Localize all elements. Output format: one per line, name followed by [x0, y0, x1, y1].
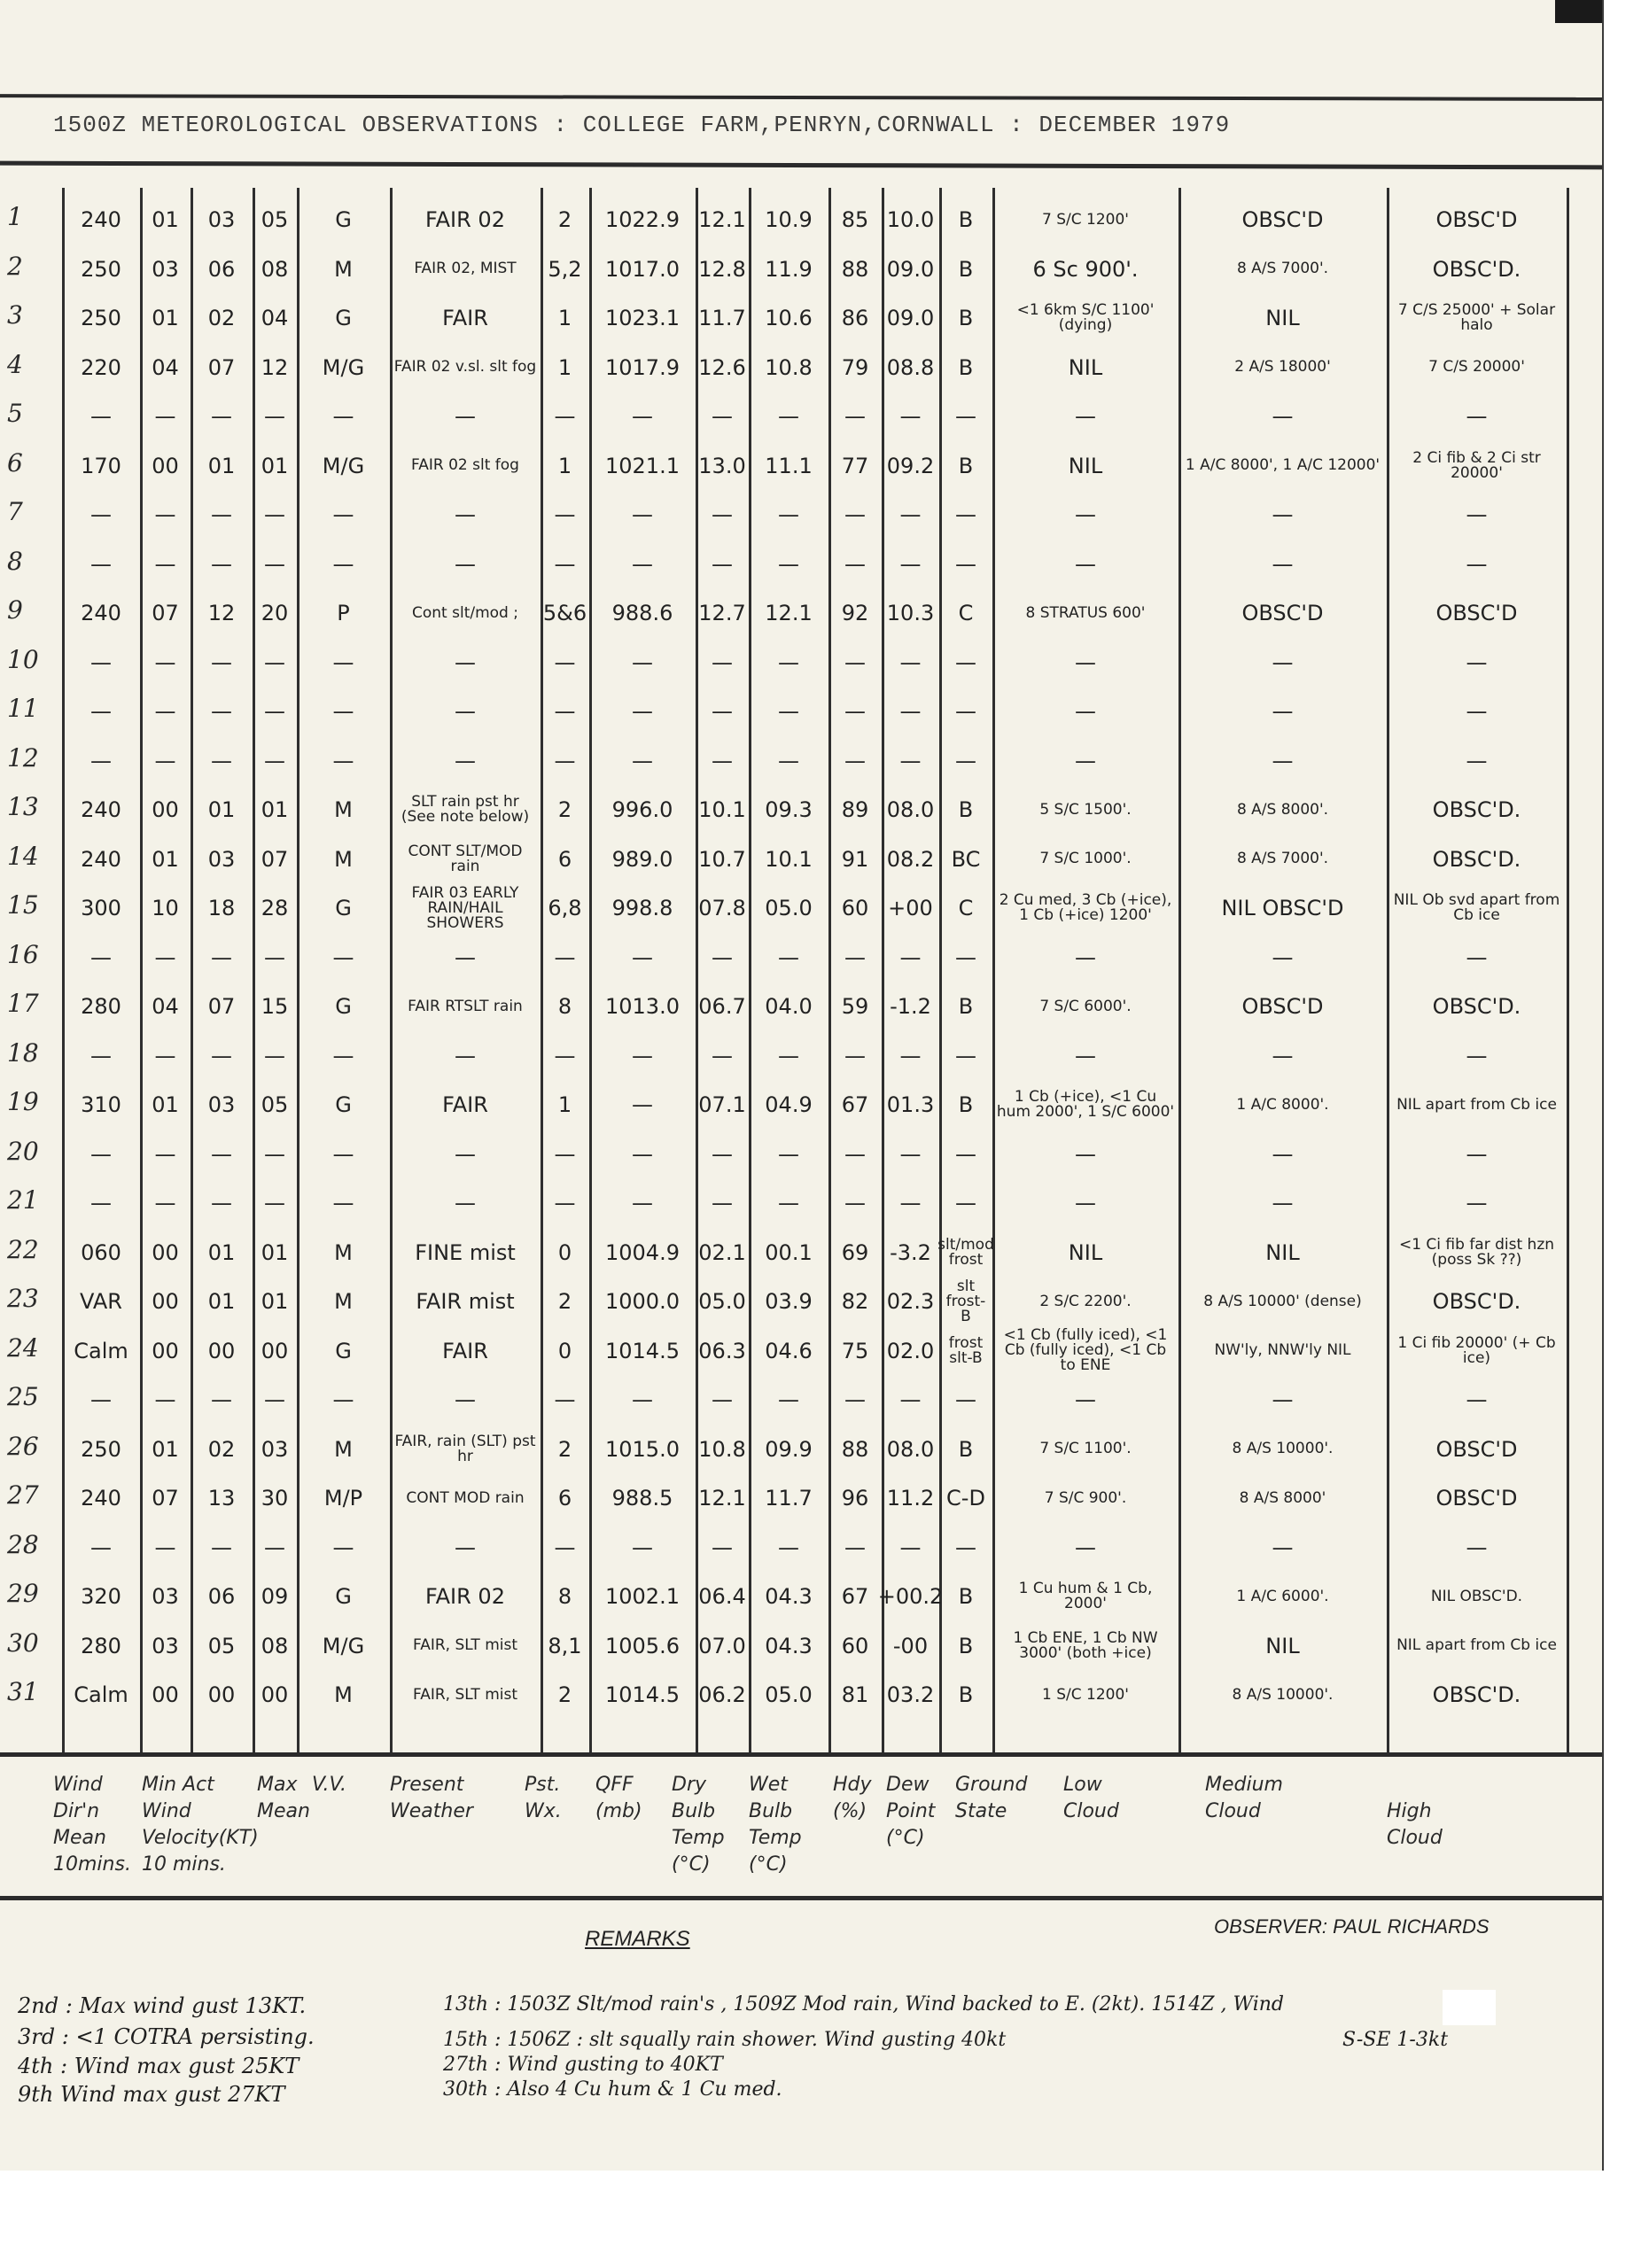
cell-hdy: —	[832, 393, 878, 439]
cell-pst-wx: 1	[544, 1082, 586, 1128]
cell-high-cloud: —	[1390, 1033, 1563, 1079]
cell-dew-point: 01.3	[885, 1082, 936, 1128]
cell-act-wind: 05	[194, 1623, 249, 1669]
cell-ground-state: —	[943, 640, 989, 686]
cell-min-wind: 04	[144, 983, 187, 1029]
cell-wind-dir: VAR	[66, 1278, 136, 1324]
cell-min-wind: 03	[144, 246, 187, 292]
cell-min-wind: 04	[144, 345, 187, 391]
table-row: 22060000101MFINE mist01004.902.100.169-3…	[0, 1230, 1602, 1276]
cell-medium-cloud: —	[1182, 640, 1383, 686]
cell-hdy: —	[832, 1377, 878, 1423]
remark-left: 3rd : <1 COTRA persisting.	[18, 2024, 315, 2049]
cell-vv: G	[300, 1082, 386, 1128]
day-number: 10	[7, 645, 39, 674]
cell-vv: M	[300, 1672, 386, 1718]
header-present-weather: PresentWeather	[390, 1772, 473, 1825]
cell-dew-point: 08.0	[885, 787, 936, 833]
cell-dry-bulb: 06.2	[699, 1672, 745, 1718]
cell-medium-cloud: NW'ly, NNW'ly NIL	[1182, 1328, 1383, 1374]
cell-ground-state: B	[943, 1672, 989, 1718]
cell-wet-bulb: 09.3	[752, 787, 825, 833]
cell-high-cloud: 7 C/S 25000' + Solar halo	[1390, 295, 1563, 341]
cell-present-weather: SLT rain pst hr (See note below)	[393, 787, 537, 833]
cell-dry-bulb: —	[699, 393, 745, 439]
cell-max-wind: —	[256, 1377, 293, 1423]
cell-vv: P	[300, 590, 386, 636]
cell-medium-cloud: NIL	[1182, 1623, 1383, 1669]
cell-act-wind: 18	[194, 885, 249, 931]
header-low-cloud: LowCloud	[1063, 1772, 1119, 1825]
cell-high-cloud: OBSC'D	[1390, 1475, 1563, 1521]
cell-high-cloud: NIL apart from Cb ice	[1390, 1623, 1563, 1669]
cell-present-weather: FAIR	[393, 1082, 537, 1128]
header-hdy: Hdy(%)	[833, 1772, 872, 1825]
table-row: 2250030608MFAIR 02, MIST5,21017.012.811.…	[0, 246, 1602, 292]
cell-wind-dir: —	[66, 1525, 136, 1571]
cell-pst-wx: 6	[544, 836, 586, 882]
cell-low-cloud: <1 6km S/C 1100' (dying)	[996, 295, 1175, 341]
cell-max-wind: 07	[256, 836, 293, 882]
cell-hdy: 60	[832, 885, 878, 931]
cell-vv: M	[300, 1230, 386, 1276]
cell-medium-cloud: NIL OBSC'D	[1182, 885, 1383, 931]
cell-min-wind: —	[144, 492, 187, 538]
cell-max-wind: 04	[256, 295, 293, 341]
table-row: 23VAR000101MFAIR mist21000.005.003.98202…	[0, 1278, 1602, 1324]
cell-pst-wx: —	[544, 640, 586, 686]
cell-low-cloud: 2 Cu med, 3 Cb (+ice), 1 Cb (+ice) 1200'	[996, 885, 1175, 931]
cell-max-wind: 12	[256, 345, 293, 391]
cell-present-weather: FAIR, SLT mist	[393, 1623, 537, 1669]
cell-high-cloud: <1 Ci fib far dist hzn (poss Sk ??)	[1390, 1230, 1563, 1276]
scan-edge	[1555, 0, 1602, 23]
cell-dry-bulb: —	[699, 541, 745, 587]
cell-pst-wx: —	[544, 738, 586, 784]
table-row: 4220040712M/GFAIR 02 v.sl. slt fog11017.…	[0, 345, 1602, 391]
header-max: MaxMean	[257, 1772, 310, 1825]
cell-dry-bulb: 06.7	[699, 983, 745, 1029]
cell-low-cloud: 7 S/C 900'.	[996, 1475, 1175, 1521]
cell-act-wind: 07	[194, 345, 249, 391]
cell-dry-bulb: —	[699, 1033, 745, 1079]
cell-hdy: 85	[832, 197, 878, 243]
cell-present-weather: —	[393, 1131, 537, 1177]
day-number: 26	[7, 1432, 39, 1461]
cell-wind-dir: 280	[66, 983, 136, 1029]
cell-act-wind: 06	[194, 1573, 249, 1619]
cell-ground-state: —	[943, 1180, 989, 1226]
cell-act-wind: —	[194, 1377, 249, 1423]
day-number: 28	[7, 1530, 39, 1559]
cell-wind-dir: 060	[66, 1230, 136, 1276]
cell-wet-bulb: 05.0	[752, 1672, 825, 1718]
cell-max-wind: —	[256, 1131, 293, 1177]
cell-qff: 989.0	[593, 836, 692, 882]
cell-qff: —	[593, 1131, 692, 1177]
day-number: 3	[7, 300, 23, 330]
cell-present-weather: FAIR	[393, 295, 537, 341]
cell-hdy: 59	[832, 983, 878, 1029]
cell-wet-bulb: 11.1	[752, 443, 825, 489]
cell-dew-point: —	[885, 1525, 936, 1571]
header-wet-bulb: WetBulbTemp(°C)	[749, 1772, 802, 1878]
cell-hdy: 92	[832, 590, 878, 636]
cell-ground-state: B	[943, 295, 989, 341]
day-number: 17	[7, 989, 39, 1018]
cell-act-wind: —	[194, 1525, 249, 1571]
cell-dew-point: 08.0	[885, 1426, 936, 1472]
cell-high-cloud: NIL OBSC'D.	[1390, 1573, 1563, 1619]
cell-qff: 1014.5	[593, 1672, 692, 1718]
cell-present-weather: —	[393, 688, 537, 734]
cell-present-weather: FAIR, SLT mist	[393, 1672, 537, 1718]
cell-max-wind: —	[256, 1180, 293, 1226]
cell-min-wind: —	[144, 1033, 187, 1079]
cell-max-wind: 01	[256, 1278, 293, 1324]
cell-medium-cloud: 1 A/C 8000'.	[1182, 1082, 1383, 1128]
cell-wet-bulb: —	[752, 393, 825, 439]
cell-act-wind: —	[194, 1180, 249, 1226]
cell-pst-wx: 1	[544, 295, 586, 341]
cell-qff: —	[593, 1082, 692, 1128]
cell-min-wind: —	[144, 1377, 187, 1423]
cell-hdy: 88	[832, 246, 878, 292]
cell-vv: G	[300, 1328, 386, 1374]
cell-act-wind: 01	[194, 787, 249, 833]
cell-wet-bulb: 11.7	[752, 1475, 825, 1521]
day-number: 16	[7, 940, 39, 969]
cell-wet-bulb: 10.8	[752, 345, 825, 391]
day-number: 1	[7, 202, 23, 231]
cell-low-cloud: 8 STRATUS 600'	[996, 590, 1175, 636]
cell-ground-state: slt frost-B	[943, 1278, 989, 1324]
cell-pst-wx: 0	[544, 1230, 586, 1276]
cell-ground-state: B	[943, 345, 989, 391]
cell-present-weather: CONT SLT/MOD rain	[393, 836, 537, 882]
cell-wet-bulb: —	[752, 492, 825, 538]
cell-medium-cloud: —	[1182, 688, 1383, 734]
cell-qff: 996.0	[593, 787, 692, 833]
cell-hdy: 67	[832, 1082, 878, 1128]
cell-high-cloud: OBSC'D.	[1390, 1672, 1563, 1718]
cell-low-cloud: —	[996, 1131, 1175, 1177]
cell-qff: —	[593, 1180, 692, 1226]
cell-wind-dir: 250	[66, 1426, 136, 1472]
cell-low-cloud: NIL	[996, 443, 1175, 489]
cell-max-wind: 09	[256, 1573, 293, 1619]
cell-wind-dir: 170	[66, 443, 136, 489]
cell-vv: —	[300, 541, 386, 587]
cell-qff: —	[593, 1525, 692, 1571]
cell-vv: M/P	[300, 1475, 386, 1521]
cell-qff: —	[593, 393, 692, 439]
cell-present-weather: —	[393, 541, 537, 587]
cell-dew-point: —	[885, 492, 936, 538]
cell-medium-cloud: —	[1182, 1131, 1383, 1177]
cell-act-wind: —	[194, 1131, 249, 1177]
cell-dew-point: 03.2	[885, 1672, 936, 1718]
cell-min-wind: 00	[144, 1278, 187, 1324]
cell-low-cloud: 1 Cb ENE, 1 Cb NW 3000' (both +ice)	[996, 1623, 1175, 1669]
table-row: 8————————————————	[0, 541, 1602, 587]
cell-pst-wx: 1	[544, 443, 586, 489]
cell-medium-cloud: 2 A/S 18000'	[1182, 345, 1383, 391]
header-pst-wx: Pst.Wx.	[525, 1772, 562, 1825]
cell-low-cloud: 1 S/C 1200'	[996, 1672, 1175, 1718]
cell-vv: M/G	[300, 1623, 386, 1669]
cell-min-wind: —	[144, 1131, 187, 1177]
cell-high-cloud: OBSC'D.	[1390, 246, 1563, 292]
cell-max-wind: —	[256, 640, 293, 686]
cell-dry-bulb: 05.0	[699, 1278, 745, 1324]
remark-right: S-SE 1-3kt	[1342, 2029, 1448, 2051]
cell-dew-point: —	[885, 640, 936, 686]
cell-ground-state: C	[943, 590, 989, 636]
cell-dry-bulb: —	[699, 738, 745, 784]
cell-low-cloud: NIL	[996, 1230, 1175, 1276]
cell-high-cloud: —	[1390, 688, 1563, 734]
day-number: 9	[7, 595, 23, 625]
cell-ground-state: B	[943, 983, 989, 1029]
cell-medium-cloud: OBSC'D	[1182, 197, 1383, 243]
cell-min-wind: 01	[144, 197, 187, 243]
cell-qff: —	[593, 688, 692, 734]
cell-dew-point: 10.3	[885, 590, 936, 636]
cell-dew-point: 11.2	[885, 1475, 936, 1521]
cell-medium-cloud: —	[1182, 935, 1383, 981]
cell-ground-state: —	[943, 1033, 989, 1079]
table-row: 14240010307MCONT SLT/MOD rain6989.010.71…	[0, 836, 1602, 882]
cell-ground-state: —	[943, 688, 989, 734]
cell-wet-bulb: 09.9	[752, 1426, 825, 1472]
cell-wind-dir: —	[66, 1033, 136, 1079]
header-min-act: Min ActWindVelocity(KT)10 mins.	[142, 1772, 259, 1878]
cell-wet-bulb: 04.6	[752, 1328, 825, 1374]
cell-wind-dir: —	[66, 1131, 136, 1177]
cell-min-wind: 00	[144, 443, 187, 489]
cell-dew-point: —	[885, 935, 936, 981]
cell-low-cloud: NIL	[996, 345, 1175, 391]
day-number: 15	[7, 890, 39, 920]
cell-vv: M/G	[300, 443, 386, 489]
cell-medium-cloud: OBSC'D	[1182, 590, 1383, 636]
table-row: 31Calm000000MFAIR, SLT mist21014.506.205…	[0, 1672, 1602, 1718]
cell-dew-point: +00.2	[885, 1573, 936, 1619]
cell-qff: 1023.1	[593, 295, 692, 341]
cell-wet-bulb: —	[752, 1131, 825, 1177]
cell-pst-wx: 5&6	[544, 590, 586, 636]
cell-dew-point: 09.0	[885, 295, 936, 341]
cell-present-weather: —	[393, 492, 537, 538]
page-title: 1500Z METEOROLOGICAL OBSERVATIONS : COLL…	[53, 112, 1230, 138]
cell-qff: —	[593, 492, 692, 538]
cell-act-wind: —	[194, 935, 249, 981]
cell-high-cloud: NIL Ob svd apart from Cb ice	[1390, 885, 1563, 931]
cell-max-wind: 03	[256, 1426, 293, 1472]
cell-hdy: 79	[832, 345, 878, 391]
cell-dew-point: 09.2	[885, 443, 936, 489]
cell-qff: 988.6	[593, 590, 692, 636]
cell-qff: 1004.9	[593, 1230, 692, 1276]
cell-high-cloud: —	[1390, 1180, 1563, 1226]
cell-wind-dir: —	[66, 393, 136, 439]
cell-qff: —	[593, 1377, 692, 1423]
cell-medium-cloud: 8 A/S 8000'.	[1182, 787, 1383, 833]
cell-wet-bulb: 10.6	[752, 295, 825, 341]
table-row: 9240071220PCont slt/mod ;5&6988.612.712.…	[0, 590, 1602, 636]
cell-max-wind: 01	[256, 1230, 293, 1276]
cell-max-wind: 00	[256, 1328, 293, 1374]
cell-dew-point: -00	[885, 1623, 936, 1669]
cell-dew-point: —	[885, 1180, 936, 1226]
cell-pst-wx: 6	[544, 1475, 586, 1521]
cell-hdy: 82	[832, 1278, 878, 1324]
cell-act-wind: 00	[194, 1328, 249, 1374]
cell-wind-dir: —	[66, 935, 136, 981]
cell-dry-bulb: 11.7	[699, 295, 745, 341]
cell-high-cloud: 7 C/S 20000'	[1390, 345, 1563, 391]
day-number: 2	[7, 252, 23, 281]
cell-max-wind: 05	[256, 1082, 293, 1128]
cell-present-weather: FINE mist	[393, 1230, 537, 1276]
cell-high-cloud: OBSC'D	[1390, 590, 1563, 636]
table-row: 1240010305GFAIR 0221022.912.110.98510.0B…	[0, 197, 1602, 243]
cell-qff: 1013.0	[593, 983, 692, 1029]
cell-dry-bulb: —	[699, 1180, 745, 1226]
header-dew-point: DewPoint(°C)	[886, 1772, 935, 1852]
cell-medium-cloud: 1 A/C 8000', 1 A/C 12000'	[1182, 443, 1383, 489]
cell-dry-bulb: 12.8	[699, 246, 745, 292]
cell-medium-cloud: —	[1182, 1525, 1383, 1571]
cell-pst-wx: 5,2	[544, 246, 586, 292]
cell-qff: —	[593, 541, 692, 587]
cell-dew-point: —	[885, 393, 936, 439]
cell-low-cloud: —	[996, 1180, 1175, 1226]
day-number: 19	[7, 1087, 39, 1116]
cell-dew-point: +00	[885, 885, 936, 931]
cell-act-wind: —	[194, 492, 249, 538]
cell-qff: 988.5	[593, 1475, 692, 1521]
cell-high-cloud: 1 Ci fib 20000' (+ Cb ice)	[1390, 1328, 1563, 1374]
cell-hdy: 69	[832, 1230, 878, 1276]
cell-wind-dir: 240	[66, 1475, 136, 1521]
cell-hdy: —	[832, 738, 878, 784]
cell-low-cloud: 7 S/C 1100'.	[996, 1426, 1175, 1472]
remarks-rule	[0, 1896, 1602, 1900]
cell-min-wind: —	[144, 1525, 187, 1571]
cell-act-wind: —	[194, 541, 249, 587]
cell-dew-point: -3.2	[885, 1230, 936, 1276]
cell-high-cloud: OBSC'D.	[1390, 787, 1563, 833]
cell-min-wind: 00	[144, 1230, 187, 1276]
cell-hdy: —	[832, 688, 878, 734]
cell-vv: G	[300, 295, 386, 341]
cell-present-weather: FAIR	[393, 1328, 537, 1374]
cell-high-cloud: 2 Ci fib & 2 Ci str 20000'	[1390, 443, 1563, 489]
cell-high-cloud: —	[1390, 541, 1563, 587]
cell-high-cloud: —	[1390, 1377, 1563, 1423]
cell-max-wind: 08	[256, 1623, 293, 1669]
cell-wind-dir: 250	[66, 246, 136, 292]
cell-present-weather: FAIR 02	[393, 197, 537, 243]
cell-hdy: —	[832, 935, 878, 981]
cell-low-cloud: 7 S/C 1000'.	[996, 836, 1175, 882]
cell-low-cloud: 6 Sc 900'.	[996, 246, 1175, 292]
cell-ground-state: —	[943, 1131, 989, 1177]
cell-wind-dir: —	[66, 738, 136, 784]
cell-hdy: —	[832, 492, 878, 538]
cell-max-wind: 15	[256, 983, 293, 1029]
cell-wind-dir: 240	[66, 836, 136, 882]
cell-wet-bulb: 11.9	[752, 246, 825, 292]
cell-dry-bulb: 07.1	[699, 1082, 745, 1128]
cell-dry-bulb: 10.7	[699, 836, 745, 882]
cell-wet-bulb: 04.9	[752, 1082, 825, 1128]
cell-ground-state: C	[943, 885, 989, 931]
day-number: 18	[7, 1038, 39, 1068]
cell-dry-bulb: 07.8	[699, 885, 745, 931]
cell-wind-dir: 240	[66, 787, 136, 833]
cell-pst-wx: 1	[544, 345, 586, 391]
cell-medium-cloud: OBSC'D	[1182, 983, 1383, 1029]
cell-pst-wx: —	[544, 1131, 586, 1177]
cell-present-weather: FAIR 02	[393, 1573, 537, 1619]
cell-dry-bulb: 10.8	[699, 1426, 745, 1472]
cell-dew-point: 08.2	[885, 836, 936, 882]
cell-vv: M	[300, 836, 386, 882]
cell-pst-wx: —	[544, 1525, 586, 1571]
cell-wet-bulb: 12.1	[752, 590, 825, 636]
cell-hdy: —	[832, 640, 878, 686]
cell-max-wind: 08	[256, 246, 293, 292]
cell-present-weather: Cont slt/mod ;	[393, 590, 537, 636]
cell-qff: 998.8	[593, 885, 692, 931]
cell-wind-dir: —	[66, 1180, 136, 1226]
cell-pst-wx: —	[544, 541, 586, 587]
day-number: 30	[7, 1628, 39, 1658]
cell-present-weather: —	[393, 640, 537, 686]
cell-medium-cloud: 8 A/S 10000'.	[1182, 1426, 1383, 1472]
header-qff: QFF(mb)	[595, 1772, 642, 1825]
cell-pst-wx: 2	[544, 1672, 586, 1718]
cell-low-cloud: —	[996, 640, 1175, 686]
cell-dew-point: 02.0	[885, 1328, 936, 1374]
day-number: 22	[7, 1235, 39, 1264]
cell-medium-cloud: —	[1182, 738, 1383, 784]
cell-min-wind: —	[144, 541, 187, 587]
cell-wind-dir: 310	[66, 1082, 136, 1128]
cell-medium-cloud: NIL	[1182, 295, 1383, 341]
cell-present-weather: —	[393, 738, 537, 784]
cell-act-wind: —	[194, 688, 249, 734]
cell-ground-state: C-D	[943, 1475, 989, 1521]
header-wind-dir: WindDir'nMean10mins.	[53, 1772, 131, 1878]
cell-max-wind: 00	[256, 1672, 293, 1718]
cell-vv: M	[300, 1278, 386, 1324]
cell-medium-cloud: 1 A/C 6000'.	[1182, 1573, 1383, 1619]
table-row: 19310010305GFAIR1—07.104.96701.3B1 Cb (+…	[0, 1082, 1602, 1128]
day-number: 25	[7, 1382, 39, 1411]
cell-wet-bulb: —	[752, 1033, 825, 1079]
cell-max-wind: —	[256, 541, 293, 587]
cell-min-wind: 10	[144, 885, 187, 931]
table-row: 11————————————————	[0, 688, 1602, 734]
cell-high-cloud: —	[1390, 738, 1563, 784]
table-row: 27240071330M/PCONT MOD rain6988.512.111.…	[0, 1475, 1602, 1521]
cell-vv: G	[300, 983, 386, 1029]
cell-wet-bulb: 03.9	[752, 1278, 825, 1324]
